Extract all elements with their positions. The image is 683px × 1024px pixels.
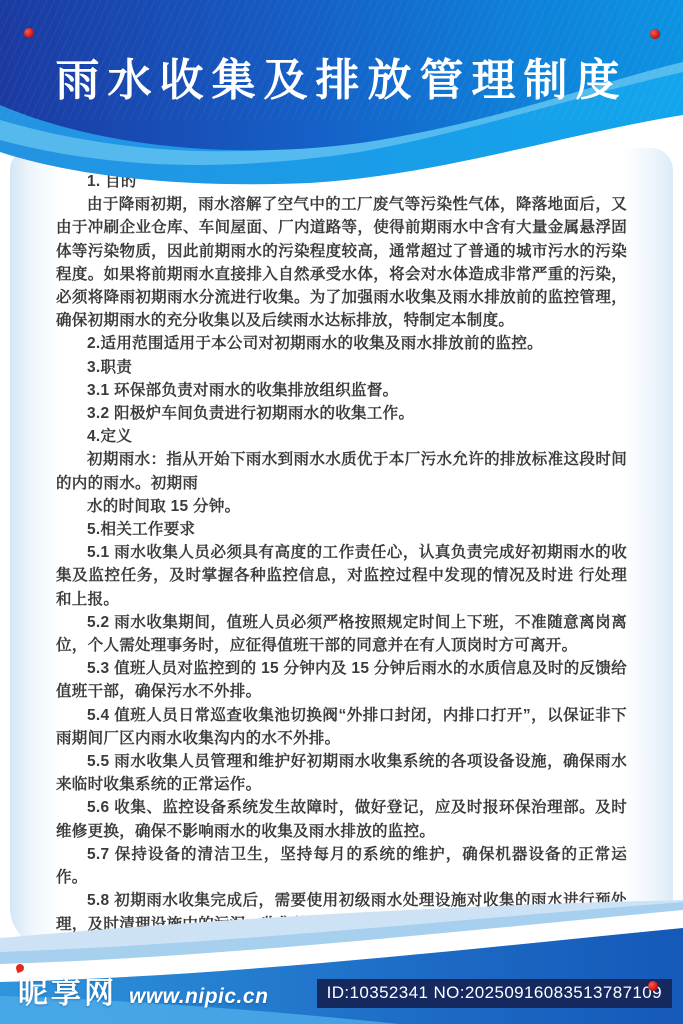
corner-pin-icon — [24, 28, 34, 38]
header-line-texture — [0, 0, 683, 120]
paragraph-req-5-5: 5.5 雨水收集人员管理和维护好初期雨水收集系统的各项设备设施，确保雨水来临时收… — [56, 750, 627, 796]
paragraph-duty-3-2: 3.2 阳极炉车间负责进行初期雨水的收集工作。 — [56, 402, 627, 425]
section-heading-purpose: 1. 目的 — [56, 170, 627, 193]
paragraph-definition-body: 初期雨水：指从开始下雨水到雨水水质优于本厂污水允许的排放标准这段时间的内的雨水。… — [56, 448, 627, 494]
paragraph-req-5-1: 5.1 雨水收集人员必须具有高度的工作责任心，认真负责完成好初期雨水的收集及监控… — [56, 541, 627, 611]
section-heading-requirements: 5.相关工作要求 — [56, 518, 627, 541]
image-id-badge: ID:10352341 NO:20250916083513787109 — [317, 979, 672, 1008]
nipic-logo: 昵享网 www.nipic.cn — [18, 968, 268, 1012]
paragraph-req-5-7: 5.7 保持设备的清洁卫生，坚持每月的系统的维护，确保机器设备的正常运作。 — [56, 843, 627, 889]
content-card: 1. 目的 由于降雨初期，雨水溶解了空气中的工厂废气等污染性气体，降落地面后，又… — [10, 148, 673, 948]
paragraph-duty-3-1: 3.1 环保部负责对雨水的收集排放组织监督。 — [56, 379, 627, 402]
corner-pin-icon — [650, 29, 660, 39]
section-heading-duties: 3.职责 — [56, 356, 627, 379]
paragraph-definition-cont: 水的时间取 15 分钟。 — [56, 495, 627, 518]
paragraph-req-5-4: 5.4 值班人员日常巡查收集池切换阀“外排口封闭，内排口打开”，以保证非下雨期间… — [56, 704, 627, 750]
nipic-logo-text: 昵享网 — [18, 968, 117, 1012]
poster-title: 雨水收集及排放管理制度 — [0, 44, 683, 108]
corner-pin-icon — [648, 981, 658, 991]
paragraph-purpose-body: 由于降雨初期，雨水溶解了空气中的工厂废气等污染性气体，降落地面后，又由于冲刷企业… — [56, 193, 627, 332]
paragraph-req-5-6: 5.6 收集、监控设备系统发生故障时，做好登记，应及时报环保治理部。及时维修更换… — [56, 796, 627, 842]
footer: 昵享网 www.nipic.cn ID:10352341 NO:20250916… — [0, 900, 683, 1024]
paragraph-scope: 2.适用范围适用于本公司对初期雨水的收集及雨水排放前的监控。 — [56, 332, 627, 355]
nipic-url: www.nipic.cn — [129, 985, 268, 1009]
paragraph-req-5-3: 5.3 值班人员对监控到的 15 分钟内及 15 分钟后雨水的水质信息及时的反馈… — [56, 657, 627, 703]
poster: 1. 目的 由于降雨初期，雨水溶解了空气中的工厂废气等污染性气体，降落地面后，又… — [0, 0, 683, 1024]
section-heading-definition: 4.定义 — [56, 425, 627, 448]
paragraph-req-5-2: 5.2 雨水收集期间，值班人员必须严格按照规定时间上下班，不准随意离岗离位，个人… — [56, 611, 627, 657]
